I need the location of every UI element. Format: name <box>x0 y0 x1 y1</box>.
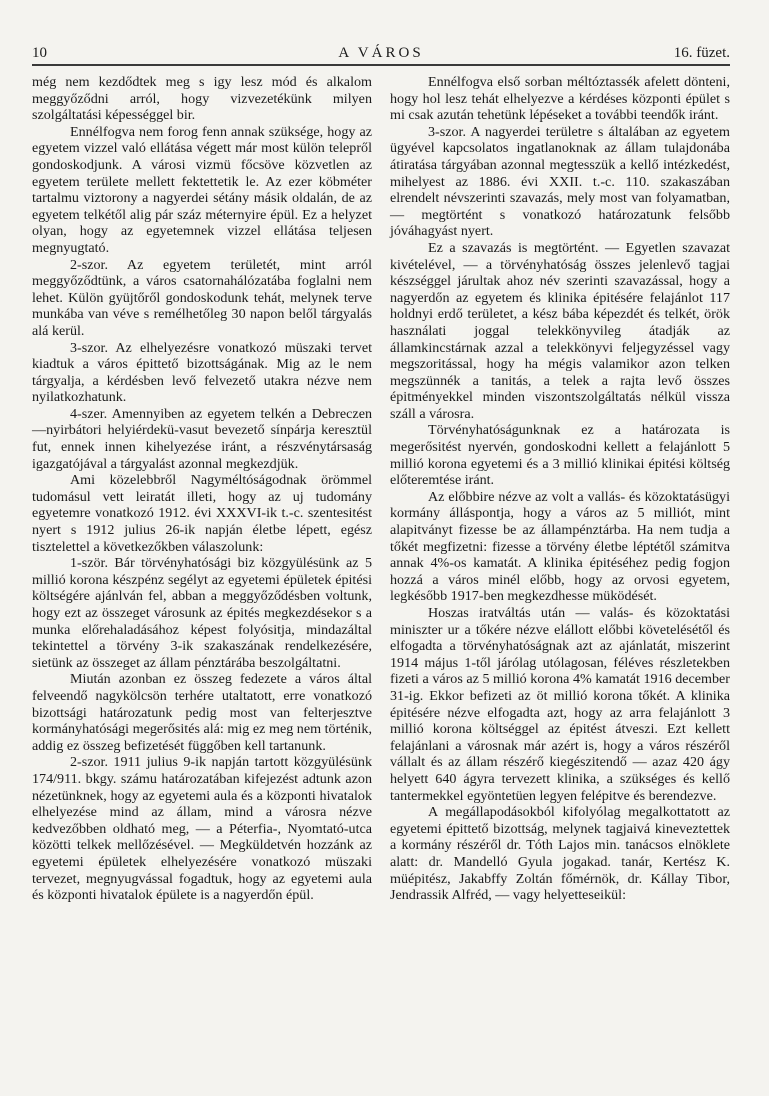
page-number: 10 <box>32 45 47 62</box>
page-header: 10 A VÁROS 16. füzet. <box>32 36 730 66</box>
paragraph: Ami közelebbről Nagyméltóságodnak örömme… <box>32 472 372 555</box>
issue-label: 16. füzet. <box>674 45 730 62</box>
left-column: még nem kezdődtek meg s igy lesz mód és … <box>32 74 372 904</box>
paragraph: Az előbbire nézve az volt a vallás- és k… <box>390 489 730 605</box>
right-column: Ennélfogva első sorban méltóztassék afel… <box>390 74 730 904</box>
paragraph: 1-ször. Bár törvényhatósági biz közgyülé… <box>32 555 372 671</box>
paragraph: Ennélfogva első sorban méltóztassék afel… <box>390 74 730 124</box>
paragraph: Ez a szavazás is megtörtént. — Egyetlen … <box>390 240 730 423</box>
paragraph: Miután azonban ez összeg fedezete a váro… <box>32 671 372 754</box>
journal-title: A VÁROS <box>338 45 423 62</box>
paragraph: 3-szor. Az elhelyezésre vonatkozó müszak… <box>32 340 372 406</box>
paragraph: 4-szer. Amennyiben az egyetem telkén a D… <box>32 406 372 472</box>
paragraph: 3-szor. A nagyerdei területre s általába… <box>390 124 730 240</box>
paragraph: Ennélfogva nem forog fenn annak szüksége… <box>32 124 372 257</box>
paragraph: Hoszas iratváltás után — valás- és közok… <box>390 605 730 804</box>
paragraph: 2-szor. 1911 julius 9-ik napján tartott … <box>32 754 372 903</box>
paragraph: még nem kezdődtek meg s igy lesz mód és … <box>32 74 372 124</box>
paragraph: 2-szor. Az egyetem területét, mint arról… <box>32 257 372 340</box>
paragraph: Törvényhatóságunknak ez a határozata is … <box>390 422 730 488</box>
paragraph: A megállapodásokból kifolyólag megalkott… <box>390 804 730 904</box>
